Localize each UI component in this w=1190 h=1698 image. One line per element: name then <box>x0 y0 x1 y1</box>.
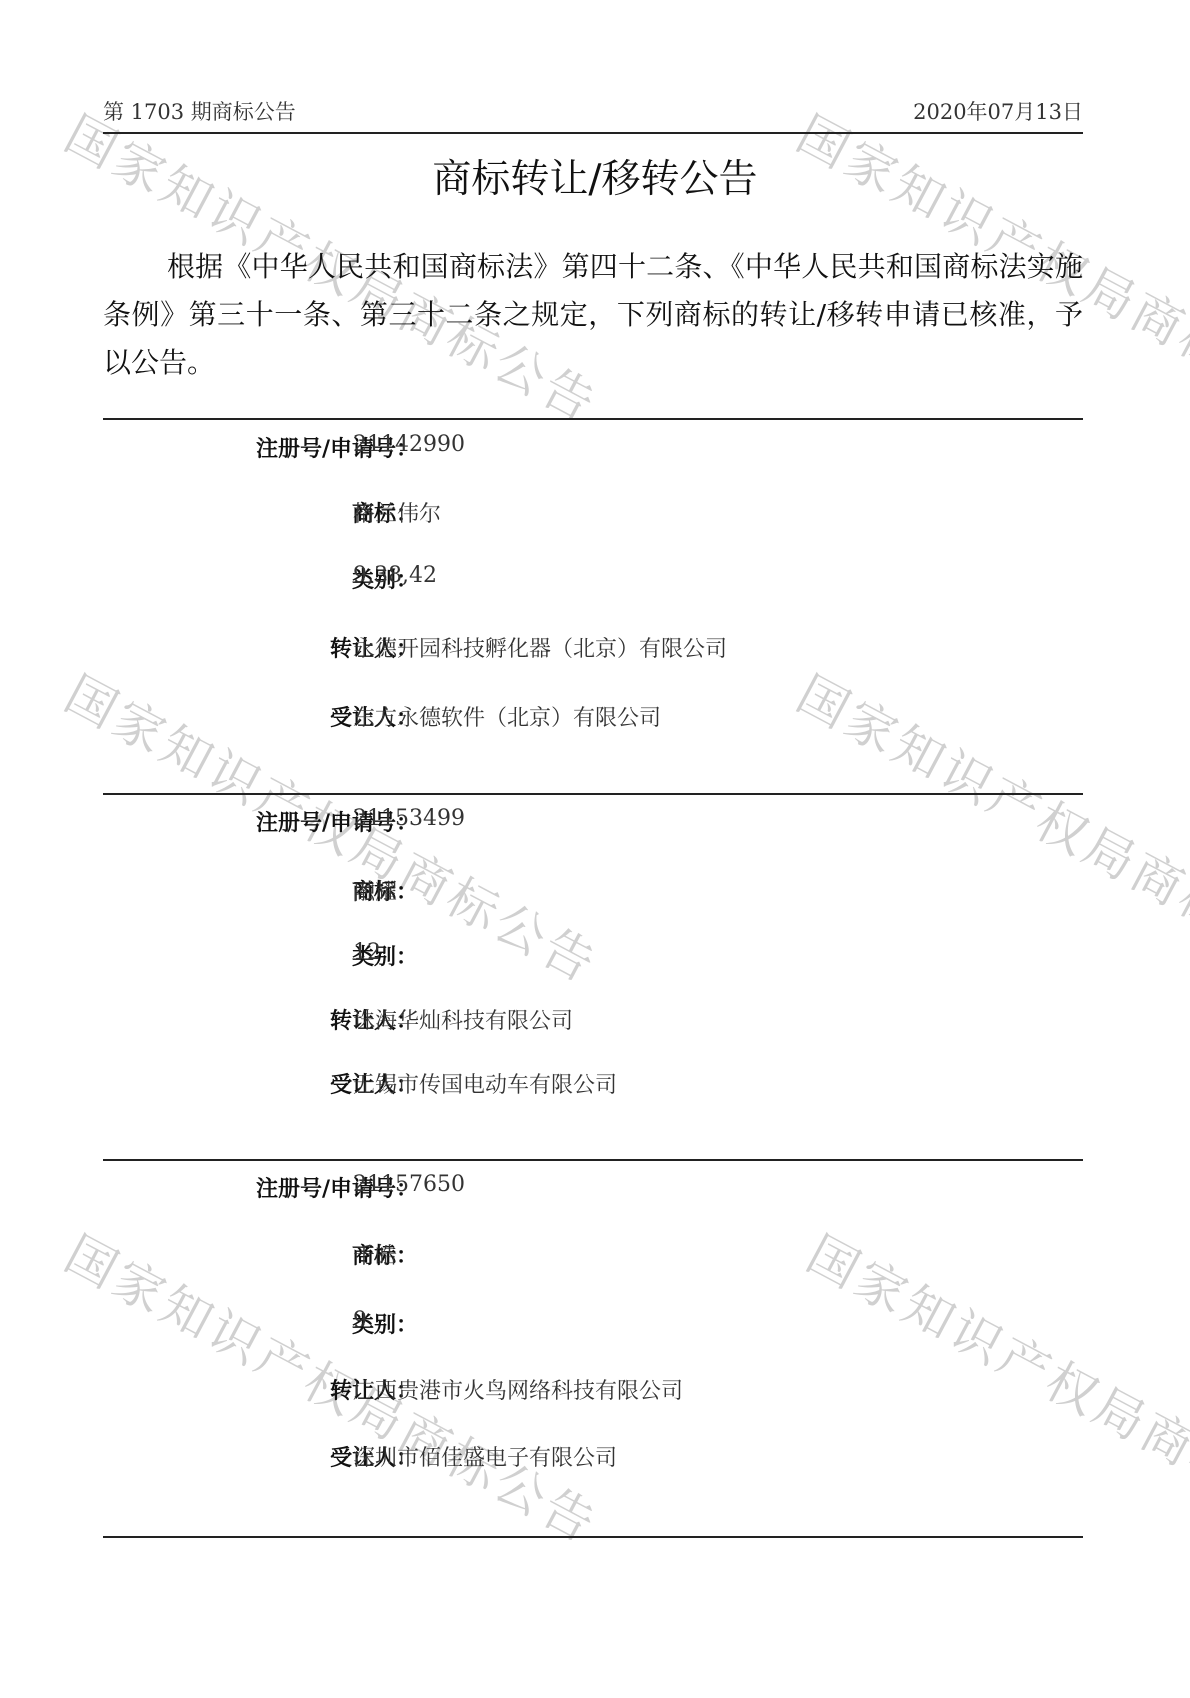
entry-3-class: 类别： 9 <box>103 1308 1083 1344</box>
assignee-value: 无锡市传国电动车有限公司 <box>353 1068 617 1099</box>
entry-2-reg-no: 注册号/申请号： 21153499 <box>103 806 1083 842</box>
entry-2-mark: 商标： 融耀 <box>103 875 1083 911</box>
divider <box>103 1159 1083 1161</box>
assignor-value: 永德开园科技孵化器（北京）有限公司 <box>353 632 727 663</box>
mark-value: 千皓 <box>353 1239 397 1270</box>
entry-3-reg-no: 注册号/申请号： 21157650 <box>103 1172 1083 1208</box>
mark-value: 格兰伟尔 <box>353 497 441 528</box>
reg-no-value: 21142990 <box>353 432 465 457</box>
entry-3-mark: 商标： 千皓 <box>103 1239 1083 1275</box>
class-label: 类别： <box>118 1308 418 1339</box>
intro-paragraph: 根据《中华人民共和国商标法》第四十二条、《中华人民共和国商标法实施条例》第三十一… <box>103 243 1083 387</box>
mark-value: 融耀 <box>353 875 397 906</box>
issue-number: 第 1703 期商标公告 <box>103 96 296 126</box>
class-value: 9 <box>353 1308 367 1333</box>
assignor-value: 广西贵港市火鸟网络科技有限公司 <box>353 1374 683 1405</box>
reg-no-value: 21157650 <box>353 1172 465 1197</box>
entry-1-assignee: 受让人： 东方永德软件（北京）有限公司 <box>103 701 1083 737</box>
entry-1-class: 类别： 9,38,42 <box>103 563 1083 599</box>
assignor-value: 珠海华灿科技有限公司 <box>353 1004 573 1035</box>
entry-2-assignor: 转让人： 珠海华灿科技有限公司 <box>103 1004 1083 1040</box>
divider <box>103 1536 1083 1538</box>
divider <box>103 793 1083 795</box>
entry-2-class: 类别： 12 <box>103 940 1083 976</box>
class-value: 9,38,42 <box>353 563 437 588</box>
assignee-value: 东方永德软件（北京）有限公司 <box>353 701 661 732</box>
page-title: 商标转让/移转公告 <box>0 148 1190 204</box>
divider <box>103 418 1083 420</box>
entry-2-assignee: 受让人： 无锡市传国电动车有限公司 <box>103 1068 1083 1104</box>
entry-3-assignor: 转让人： 广西贵港市火鸟网络科技有限公司 <box>103 1374 1083 1410</box>
entry-1-assignor: 转让人： 永德开园科技孵化器（北京）有限公司 <box>103 632 1083 668</box>
entry-1-reg-no: 注册号/申请号： 21142990 <box>103 432 1083 468</box>
page-header: 第 1703 期商标公告 2020年07月13日 <box>103 92 1083 134</box>
class-value: 12 <box>353 940 381 965</box>
reg-no-value: 21153499 <box>353 806 465 831</box>
entry-1-mark: 商标： 格兰伟尔 <box>103 497 1083 533</box>
entry-3-assignee: 受让人： 深圳市佰佳盛电子有限公司 <box>103 1441 1083 1477</box>
assignee-value: 深圳市佰佳盛电子有限公司 <box>353 1441 617 1472</box>
publication-date: 2020年07月13日 <box>913 96 1083 126</box>
